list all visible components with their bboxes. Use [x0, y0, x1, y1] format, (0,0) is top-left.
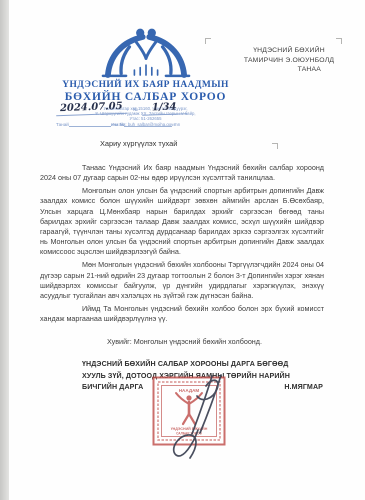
signature-scribble	[146, 370, 256, 474]
ref-blank-1	[69, 121, 111, 127]
paragraph-2: Монголын олон улсын ба үндэсний спортын …	[40, 186, 324, 257]
date-number-line: 2024.07.05 № 1/34	[56, 102, 224, 115]
copy-note: Хувийг: Монголын үндэсний бөхийн холбоон…	[107, 337, 324, 347]
crop-mark-top-right	[336, 38, 342, 44]
paragraph-1: Танаас Үндэсний Их баяр наадмын Үндэсний…	[40, 163, 324, 183]
wrestlers-logo-icon	[96, 22, 196, 80]
ref-mid: -ны №	[111, 122, 125, 127]
ref-suffix: -т	[172, 122, 176, 127]
recipient-line1: ҮНДЭСНИЙ БӨХИЙН	[241, 46, 337, 56]
paragraph-4: Иймд Та Монголын үндэсний бөхийн холбоо …	[40, 304, 324, 324]
number-sign-label: №	[127, 107, 142, 115]
scanned-letter-page: ҮНДЭСНИЙ ИХ БАЯР НААДМЫН БӨХИЙН САЛБАР Х…	[0, 0, 365, 500]
recipient-line2: ТАМИРЧИН Э.ОЮУНБОЛД	[241, 56, 337, 66]
signer-name: Н.МЯГМАР	[284, 382, 323, 394]
recipient-line3: ТАНАА	[241, 65, 337, 75]
recipient-block: ҮНДЭСНИЙ БӨХИЙН ТАМИРЧИН Э.ОЮУНБОЛД ТАНА…	[241, 46, 337, 75]
reference-line: Танай -ны № -т	[56, 121, 241, 127]
signer-title-line1: ҮНДЭСНИЙ БӨХИЙН САЛБАР ХОРООНЫ ДАРГА БӨГ…	[82, 359, 323, 371]
handwritten-number: 1/34	[142, 101, 187, 116]
crop-mark-top-left	[205, 38, 211, 44]
crop-mark-subject	[272, 143, 278, 149]
scan-edge-shadow	[0, 0, 9, 500]
org-name-line1: ҮНДЭСНИЙ ИХ БАЯР НААДМЫН	[48, 80, 243, 91]
ref-prefix: Танай	[56, 122, 69, 127]
subject-line: Хариу хүргүүлэх тухай	[100, 139, 177, 148]
signer-title-line3: БИЧГИЙН ДАРГА	[82, 382, 143, 394]
ref-blank-2	[124, 121, 172, 127]
paragraph-3: Мөн Монголын үндэсний бөхийн холбооны Тэ…	[40, 260, 324, 301]
handwritten-date: 2024.07.05	[56, 101, 127, 116]
letter-body: Танаас Үндэсний Их баяр наадмын Үндэсний…	[40, 163, 324, 351]
